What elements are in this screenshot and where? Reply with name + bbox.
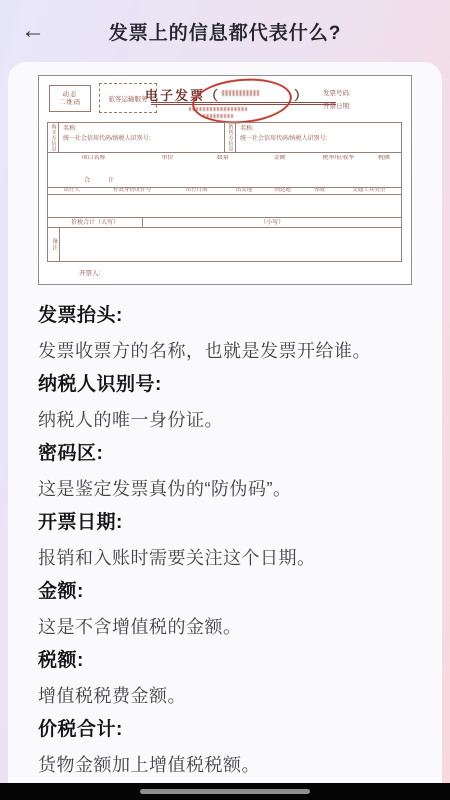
term-heading: 价税合计: xyxy=(38,719,412,741)
col-origin: 出发地 xyxy=(225,188,264,194)
col-tax-amount: 税额 xyxy=(367,155,401,161)
invoice-items-empty-area xyxy=(48,163,401,178)
term-section-amount: 金额: 这是不含增值税的金额。 xyxy=(38,581,412,638)
col-tax-rate: 税率/征收率 xyxy=(310,155,367,161)
invoice-item-columns-row: 项目名称 单价 数量 金额 税率/征收率 税额 xyxy=(48,153,401,163)
term-section-password-area: 密码区: 这是鉴定发票真伪的“防伪码”。 xyxy=(38,443,412,500)
page-title: 发票上的信息都代表什么? xyxy=(0,18,450,45)
buyer-taxid-label: 统一社会信用代码/纳税人识别号: xyxy=(63,136,150,142)
term-heading: 发票抬头: xyxy=(38,305,412,327)
invoice-travel-empty-area xyxy=(48,195,401,217)
buyer-info-cell: 购买方信息 名称: 统一社会信用代码/纳税人识别号: xyxy=(48,123,224,152)
invoice-issuer-label: 开票人: xyxy=(79,268,100,277)
term-heading: 金额: xyxy=(38,581,412,603)
term-heading: 税额: xyxy=(38,650,412,672)
col-destination: 到达地 xyxy=(263,188,302,194)
seller-taxid-label: 统一社会信用代码/纳税人识别号: xyxy=(240,136,327,142)
col-amount: 金额 xyxy=(249,155,310,161)
term-section-total-with-tax: 价税合计: 货物金额加上增值税税额。 xyxy=(38,719,412,776)
content-card[interactable]: 动态 二维码 旅客运输服务 电子发票（ ） 发票号码: 开票日期: 购买方信息 … xyxy=(8,62,442,783)
home-indicator[interactable] xyxy=(140,789,310,794)
col-id-number: 有效身份证件号 xyxy=(95,188,168,194)
buyer-vertical-label: 购买方信息 xyxy=(48,123,59,152)
term-heading: 开票日期: xyxy=(38,512,412,534)
invoice-remarks-row: 备注 xyxy=(48,227,401,261)
invoice-qr-code-box: 动态 二维码 xyxy=(49,85,91,112)
qr-label-line2: 二维码 xyxy=(59,99,82,107)
term-section-invoice-date: 开票日期: 报销和入账时需要关注这个日期。 xyxy=(38,512,412,569)
term-section-taxpayer-id: 纳税人识别号: 纳税人的唯一身份证。 xyxy=(38,374,412,431)
col-transport-type: 交通工具类型 xyxy=(336,188,401,194)
term-section-invoice-header: 发票抬头: 发票收票方的名称，也就是发票开给谁。 xyxy=(38,305,412,362)
red-annotation-circle xyxy=(190,75,293,128)
qr-label-line1: 动态 xyxy=(63,91,78,99)
invoice-total-row: 合 计 xyxy=(48,178,401,187)
service-type-label: 旅客运输服务 xyxy=(109,94,148,103)
invoice-amount-row: 价税合计（大写） （小写） xyxy=(48,217,401,227)
col-class: 等级 xyxy=(302,188,336,194)
invoice-date-label: 开票日期: xyxy=(323,101,351,110)
col-traveler: 出行人 xyxy=(48,188,95,194)
invoice-body-table: 购买方信息 名称: 统一社会信用代码/纳税人识别号: 销售方信息 名称: 统一社… xyxy=(47,122,402,262)
term-definition: 这是鉴定发票真伪的“防伪码”。 xyxy=(38,478,412,500)
term-definition: 报销和入账时需要关注这个日期。 xyxy=(38,547,412,569)
term-heading: 密码区: xyxy=(38,443,412,465)
buyer-name-label: 名称: xyxy=(63,126,150,132)
col-item-name: 项目名称 xyxy=(48,155,139,161)
invoice-parties-row: 购买方信息 名称: 统一社会信用代码/纳税人识别号: 销售方信息 名称: 统一社… xyxy=(48,123,401,153)
col-quantity: 数量 xyxy=(196,155,249,161)
col-travel-date: 出行日期 xyxy=(169,188,225,194)
term-definition: 纳税人的唯一身份证。 xyxy=(38,409,412,431)
term-section-tax-amount: 税额: 增值税税费金额。 xyxy=(38,650,412,707)
seller-name-label: 名称: xyxy=(240,126,327,132)
seller-vertical-label: 销售方信息 xyxy=(225,123,236,152)
term-definition: 这是不含增值税的金额。 xyxy=(38,616,412,638)
system-navigation-bar xyxy=(0,783,450,800)
invoice-number-label: 发票号码: xyxy=(323,88,351,97)
invoice-sample-image: 动态 二维码 旅客运输服务 电子发票（ ） 发票号码: 开票日期: 购买方信息 … xyxy=(38,75,412,285)
app-bar: ← 发票上的信息都代表什么? xyxy=(0,0,450,62)
term-definition: 增值税税费金额。 xyxy=(38,685,412,707)
amount-in-words-label: 价税合计（大写） xyxy=(48,218,143,227)
invoice-travel-columns-row: 出行人 有效身份证件号 出行日期 出发地 到达地 等级 交通工具类型 xyxy=(48,187,401,195)
seller-info-cell: 销售方信息 名称: 统一社会信用代码/纳税人识别号: xyxy=(224,123,401,152)
term-definition: 发票收票方的名称，也就是发票开给谁。 xyxy=(38,340,412,362)
remarks-vertical-label: 备注 xyxy=(48,228,60,261)
term-heading: 纳税人识别号: xyxy=(38,374,412,396)
amount-in-figures-label: （小写） xyxy=(143,218,401,227)
col-unit-price: 单价 xyxy=(139,155,196,161)
term-definition: 货物金额加上增值税税额。 xyxy=(38,754,412,776)
glossary-list: 发票抬头: 发票收票方的名称，也就是发票开给谁。 纳税人识别号: 纳税人的唯一身… xyxy=(8,285,442,776)
